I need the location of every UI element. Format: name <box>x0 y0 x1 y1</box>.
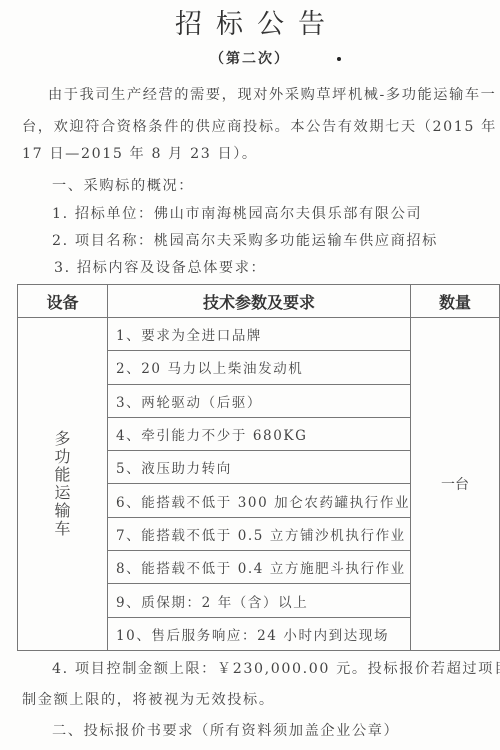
requirements-table: 设备 技术参数及要求 数量 多功能运输车 1、要求为全进口品牌 一台 2、20 … <box>17 284 500 651</box>
requirement-cell: 9、质保期：2 年（含）以上 <box>107 584 410 617</box>
stray-dot-mark <box>337 57 341 61</box>
intro-paragraph-line-3: 17 日—2015 年 8 月 23 日）。 <box>22 143 258 163</box>
section-1-heading: 一、采购标的概况： <box>52 175 194 195</box>
intro-paragraph-line-1: 由于我司生产经营的需要，现对外采购草坪机械-多功能运输车一 <box>48 84 496 104</box>
quantity-cell: 一台 <box>411 318 500 651</box>
requirement-cell: 4、牵引能力不少于 680KG <box>107 417 410 450</box>
requirement-cell: 8、能搭载不低于 0.4 立方施肥斗执行作业 <box>107 551 410 584</box>
page-subtitle: （第二次） <box>0 48 500 68</box>
requirement-cell: 2、20 马力以上柴油发动机 <box>107 351 410 384</box>
intro-paragraph-line-2: 台，欢迎符合资格条件的供应商投标。本公告有效期七天（2015 年 8 月 <box>22 116 500 136</box>
equipment-cell: 多功能运输车 <box>18 318 108 651</box>
requirement-cell: 7、能搭载不低于 0.5 立方铺沙机执行作业 <box>107 517 410 550</box>
list-item-project-name: 2. 项目名称：桃园高尔夫采购多功能运输车供应商招标 <box>52 230 438 250</box>
requirement-cell: 6、能搭载不低于 300 加仑农药罐执行作业 <box>107 484 410 517</box>
requirement-cell: 1、要求为全进口品牌 <box>107 318 410 351</box>
header-technical-requirements: 技术参数及要求 <box>107 285 410 318</box>
list-item-requirements-intro: 3. 招标内容及设备总体要求： <box>54 257 266 277</box>
page-title: 招标公告 <box>0 2 500 41</box>
requirement-cell: 5、液压助力转向 <box>107 451 410 484</box>
list-item-price-cap-line-2: 制金额上限的，将被视为无效投标。 <box>22 689 275 709</box>
header-quantity: 数量 <box>411 285 500 318</box>
section-2-heading: 二、投标报价书要求（所有资料须加盖企业公章） <box>52 720 399 740</box>
list-item-price-cap-line-1: 4. 项目控制金额上限：￥230,000.00 元。投标报价若超过项目控 <box>52 658 500 678</box>
list-item-bidding-unit: 1. 招标单位：佛山市南海桃园高尔夫俱乐部有限公司 <box>52 203 422 223</box>
requirement-cell: 3、两轮驱动（后驱） <box>107 384 410 417</box>
table-row: 多功能运输车 1、要求为全进口品牌 一台 <box>18 318 500 351</box>
table-header-row: 设备 技术参数及要求 数量 <box>18 285 500 318</box>
requirement-cell: 10、售后服务响应：24 小时内到达现场 <box>107 617 410 650</box>
header-equipment: 设备 <box>18 285 108 318</box>
equipment-name: 多功能运输车 <box>53 430 71 538</box>
